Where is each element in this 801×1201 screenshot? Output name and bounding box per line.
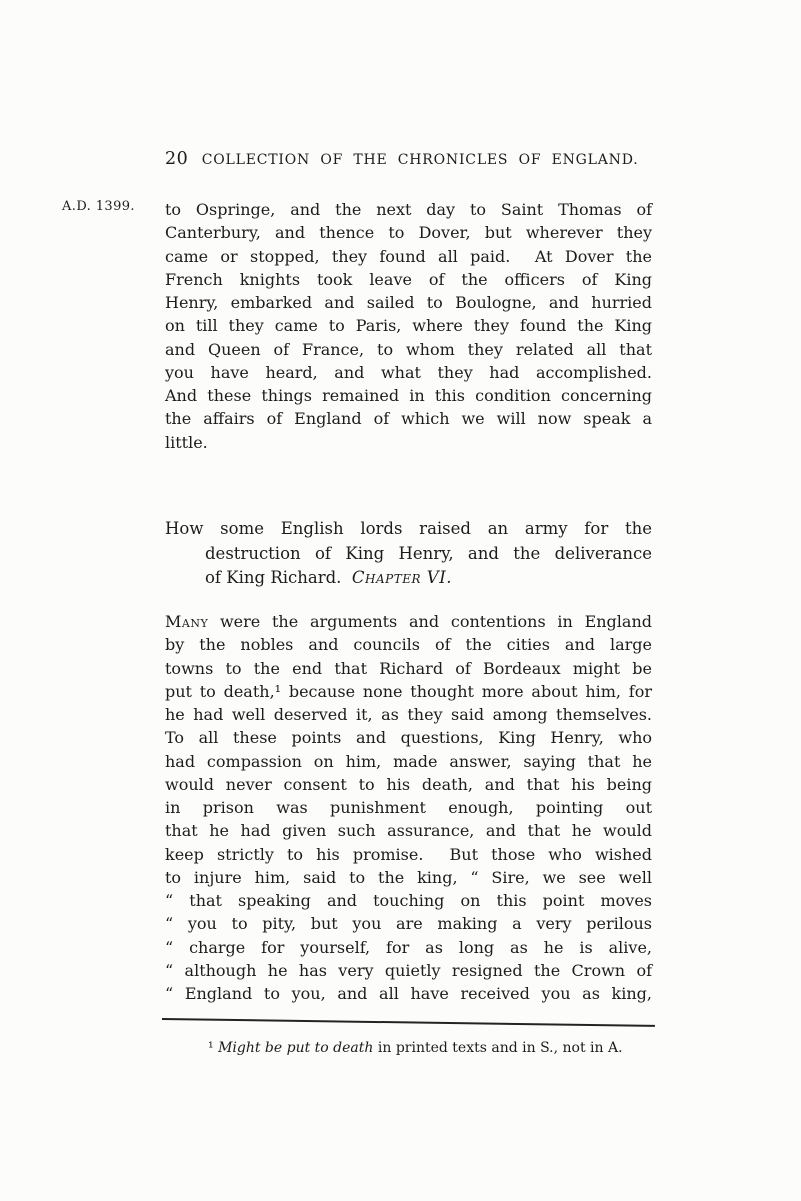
text-line: To all these points and questions, King … bbox=[165, 726, 652, 749]
chapter-heading: How some English lords raised an army fo… bbox=[165, 517, 652, 591]
text-segment: destruction of King Henry, and the deliv… bbox=[205, 544, 652, 563]
text-line: the affairs of England of which we will … bbox=[165, 407, 652, 430]
text-segment: Chapter VI. bbox=[352, 568, 452, 587]
text-line: came or stopped, they found all paid. At… bbox=[165, 245, 652, 268]
text-segment: by the nobles and councils of the cities… bbox=[165, 635, 652, 654]
text-segment: came or stopped, they found all paid. At… bbox=[165, 247, 652, 266]
text-segment: towns to the end that Richard of Bordeau… bbox=[165, 659, 652, 678]
book-page: 20 COLLECTION OF THE CHRONICLES OF ENGLA… bbox=[0, 0, 801, 1201]
text-line: and Queen of France, to whom they relate… bbox=[165, 338, 652, 361]
text-segment: of King Richard. bbox=[205, 568, 352, 587]
text-line: Henry, embarked and sailed to Boulogne, … bbox=[165, 291, 652, 314]
text-segment: had compassion on him, made answer, sayi… bbox=[165, 752, 652, 771]
text-line: by the nobles and councils of the cities… bbox=[165, 633, 652, 656]
text-segment: “ charge for yourself, for as long as he… bbox=[165, 938, 652, 957]
footnote: ¹ Might be put to death in printed texts… bbox=[165, 1038, 652, 1058]
text-segment: Henry, embarked and sailed to Boulogne, … bbox=[165, 293, 652, 312]
text-line: of King Richard. Chapter VI. bbox=[165, 566, 652, 591]
text-line: ¹ Might be put to death in printed texts… bbox=[208, 1038, 652, 1058]
text-segment: French knights took leave of the officer… bbox=[165, 270, 652, 289]
text-line: had compassion on him, made answer, sayi… bbox=[165, 750, 652, 773]
text-segment: in printed texts and in S., not in A. bbox=[373, 1040, 622, 1056]
text-segment: on till they came to Paris, where they f… bbox=[165, 316, 652, 335]
text-line: How some English lords raised an army fo… bbox=[165, 517, 652, 542]
text-line: “ England to you, and all have received … bbox=[165, 982, 652, 1005]
margin-note-date: A.D. 1399. bbox=[62, 200, 135, 213]
text-segment: to Ospringe, and the next day to Saint T… bbox=[165, 200, 652, 219]
text-segment: that he had given such assurance, and th… bbox=[165, 821, 652, 840]
text-line: in prison was punishment enough, pointin… bbox=[165, 796, 652, 819]
text-line: towns to the end that Richard of Bordeau… bbox=[165, 657, 652, 680]
text-segment: Canterbury, and thence to Dover, but whe… bbox=[165, 223, 652, 242]
text-segment: would never consent to his death, and th… bbox=[165, 775, 652, 794]
text-segment: keep strictly to his promise. But those … bbox=[165, 845, 652, 864]
text-line: little. bbox=[165, 431, 652, 454]
text-segment: the affairs of England of which we will … bbox=[165, 409, 652, 428]
text-segment: ¹ bbox=[208, 1040, 218, 1056]
text-line: to Ospringe, and the next day to Saint T… bbox=[165, 198, 652, 221]
text-segment: Might be put to death bbox=[218, 1040, 373, 1056]
text-line: Canterbury, and thence to Dover, but whe… bbox=[165, 221, 652, 244]
text-line: Many were the arguments and contentions … bbox=[165, 610, 652, 633]
text-segment: you have heard, and what they had accomp… bbox=[165, 363, 652, 382]
text-segment: “ England to you, and all have received … bbox=[165, 984, 652, 1003]
footnote-rule bbox=[162, 1018, 655, 1026]
text-line: to injure him, said to the king, “ Sire,… bbox=[165, 866, 652, 889]
text-segment: “ that speaking and touching on this poi… bbox=[165, 891, 652, 910]
text-line: And these things remained in this condit… bbox=[165, 384, 652, 407]
text-line: he had well deserved it, as they said am… bbox=[165, 703, 652, 726]
text-line: destruction of King Henry, and the deliv… bbox=[165, 542, 652, 567]
text-segment: “ you to pity, but you are making a very… bbox=[165, 914, 652, 933]
text-line: put to death,¹ because none thought more… bbox=[165, 680, 652, 703]
text-line: keep strictly to his promise. But those … bbox=[165, 843, 652, 866]
paragraph-1: to Ospringe, and the next day to Saint T… bbox=[165, 198, 652, 454]
text-line: would never consent to his death, and th… bbox=[165, 773, 652, 796]
text-line: “ although he has very quietly resigned … bbox=[165, 959, 652, 982]
text-segment: in prison was punishment enough, pointin… bbox=[165, 798, 652, 817]
text-line: you have heard, and what they had accomp… bbox=[165, 361, 652, 384]
text-line: French knights took leave of the officer… bbox=[165, 268, 652, 291]
running-head: 20 COLLECTION OF THE CHRONICLES OF ENGLA… bbox=[165, 149, 652, 169]
text-segment: put to death,¹ because none thought more… bbox=[165, 682, 652, 701]
text-line: that he had given such assurance, and th… bbox=[165, 819, 652, 842]
text-segment: and Queen of France, to whom they relate… bbox=[165, 340, 652, 359]
page-number: 20 bbox=[165, 149, 188, 169]
text-line: “ you to pity, but you are making a very… bbox=[165, 912, 652, 935]
text-segment: And these things remained in this condit… bbox=[165, 386, 652, 405]
text-segment: Many bbox=[165, 612, 208, 631]
paragraph-2: Many were the arguments and contentions … bbox=[165, 610, 652, 1005]
text-line: on till they came to Paris, where they f… bbox=[165, 314, 652, 337]
text-segment: to injure him, said to the king, “ Sire,… bbox=[165, 868, 652, 887]
text-segment: How some English lords raised an army fo… bbox=[165, 519, 652, 538]
text-line: “ charge for yourself, for as long as he… bbox=[165, 936, 652, 959]
text-segment: To all these points and questions, King … bbox=[165, 728, 652, 747]
text-line: “ that speaking and touching on this poi… bbox=[165, 889, 652, 912]
running-title: COLLECTION OF THE CHRONICLES OF ENGLAND. bbox=[202, 152, 639, 168]
text-segment: he had well deserved it, as they said am… bbox=[165, 705, 652, 724]
text-segment: little. bbox=[165, 433, 208, 452]
text-segment: were the arguments and contentions in En… bbox=[208, 612, 652, 631]
text-segment: “ although he has very quietly resigned … bbox=[165, 961, 652, 980]
